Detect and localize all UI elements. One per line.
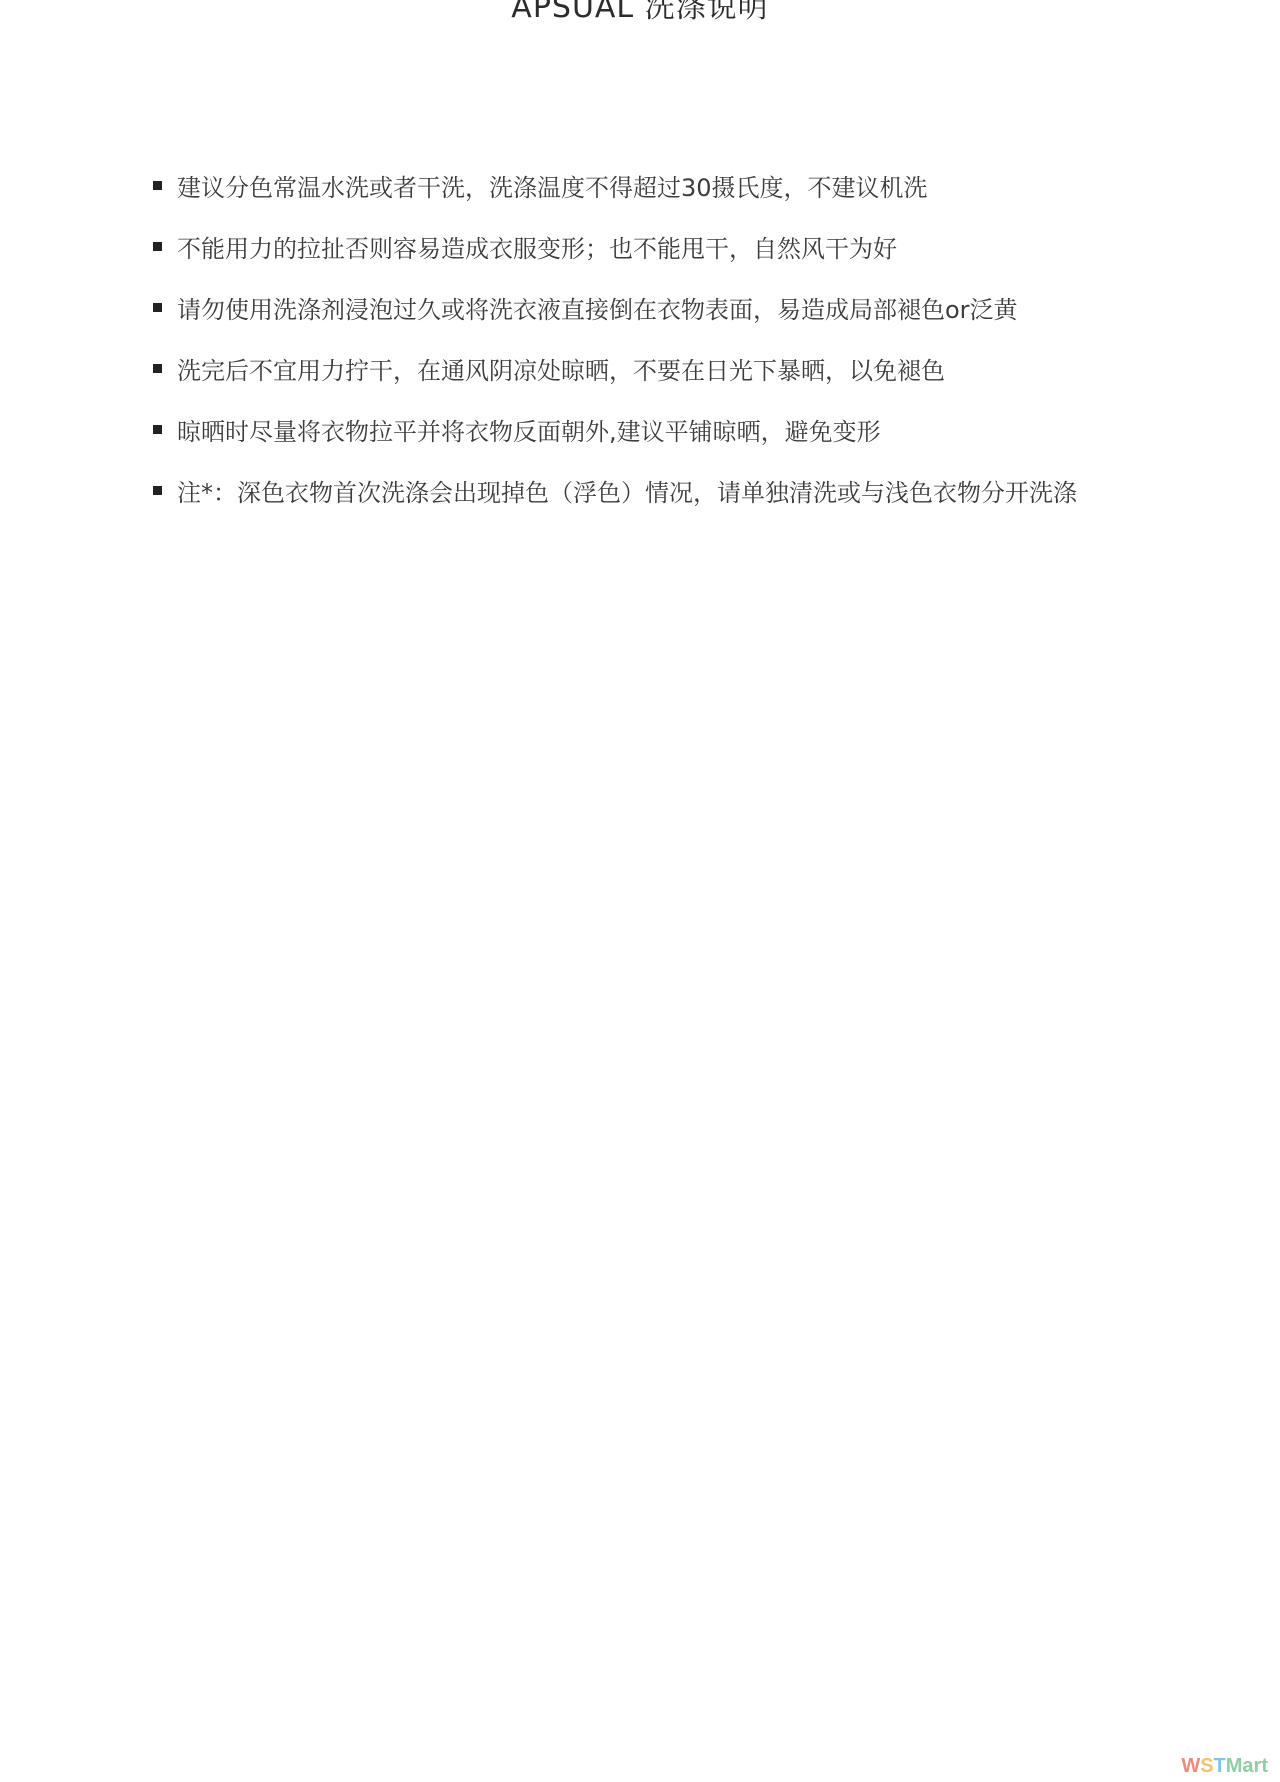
watermark-letter: S [1200,1755,1213,1777]
watermark-letter: W [1181,1755,1200,1777]
list-item: 注*：深色衣物首次洗涤会出现掉色（浮色）情况，请单独清洗或与浅色衣物分开洗涤 [153,460,1077,521]
washing-instructions-list: 建议分色常温水洗或者干洗，洗涤温度不得超过30摄氏度，不建议机洗 不能用力的拉扯… [153,155,1077,521]
wstmart-watermark: WSTMart [1181,1755,1268,1778]
instruction-text: 请勿使用洗涤剂浸泡过久或将洗衣液直接倒在衣物表面，易造成局部褪色or泛黄 [177,290,1018,325]
bullet-square-icon [153,425,162,434]
bullet-square-icon [153,181,162,190]
bullet-square-icon [153,486,162,495]
list-item: 洗完后不宜用力拧干，在通风阴凉处晾晒，不要在日光下暴晒，以免褪色 [153,338,1077,399]
watermark-word: Mart [1226,1755,1268,1777]
bullet-square-icon [153,364,162,373]
list-item: 晾晒时尽量将衣物拉平并将衣物反面朝外,建议平铺晾晒，避免变形 [153,399,1077,460]
instruction-text: 洗完后不宜用力拧干，在通风阴凉处晾晒，不要在日光下暴晒，以免褪色 [177,351,945,386]
page-title: APSUAL 洗涤说明 [0,0,1280,26]
instruction-text: 注*：深色衣物首次洗涤会出现掉色（浮色）情况，请单独清洗或与浅色衣物分开洗涤 [177,473,1077,508]
bullet-square-icon [153,303,162,312]
list-item: 建议分色常温水洗或者干洗，洗涤温度不得超过30摄氏度，不建议机洗 [153,155,1077,216]
instruction-text: 不能用力的拉扯否则容易造成衣服变形；也不能甩干，自然风干为好 [177,229,897,264]
list-item: 请勿使用洗涤剂浸泡过久或将洗衣液直接倒在衣物表面，易造成局部褪色or泛黄 [153,277,1077,338]
list-item: 不能用力的拉扯否则容易造成衣服变形；也不能甩干，自然风干为好 [153,216,1077,277]
instruction-text: 晾晒时尽量将衣物拉平并将衣物反面朝外,建议平铺晾晒，避免变形 [177,412,881,447]
instruction-text: 建议分色常温水洗或者干洗，洗涤温度不得超过30摄氏度，不建议机洗 [177,168,928,203]
bullet-square-icon [153,242,162,251]
watermark-letter: T [1214,1755,1226,1777]
